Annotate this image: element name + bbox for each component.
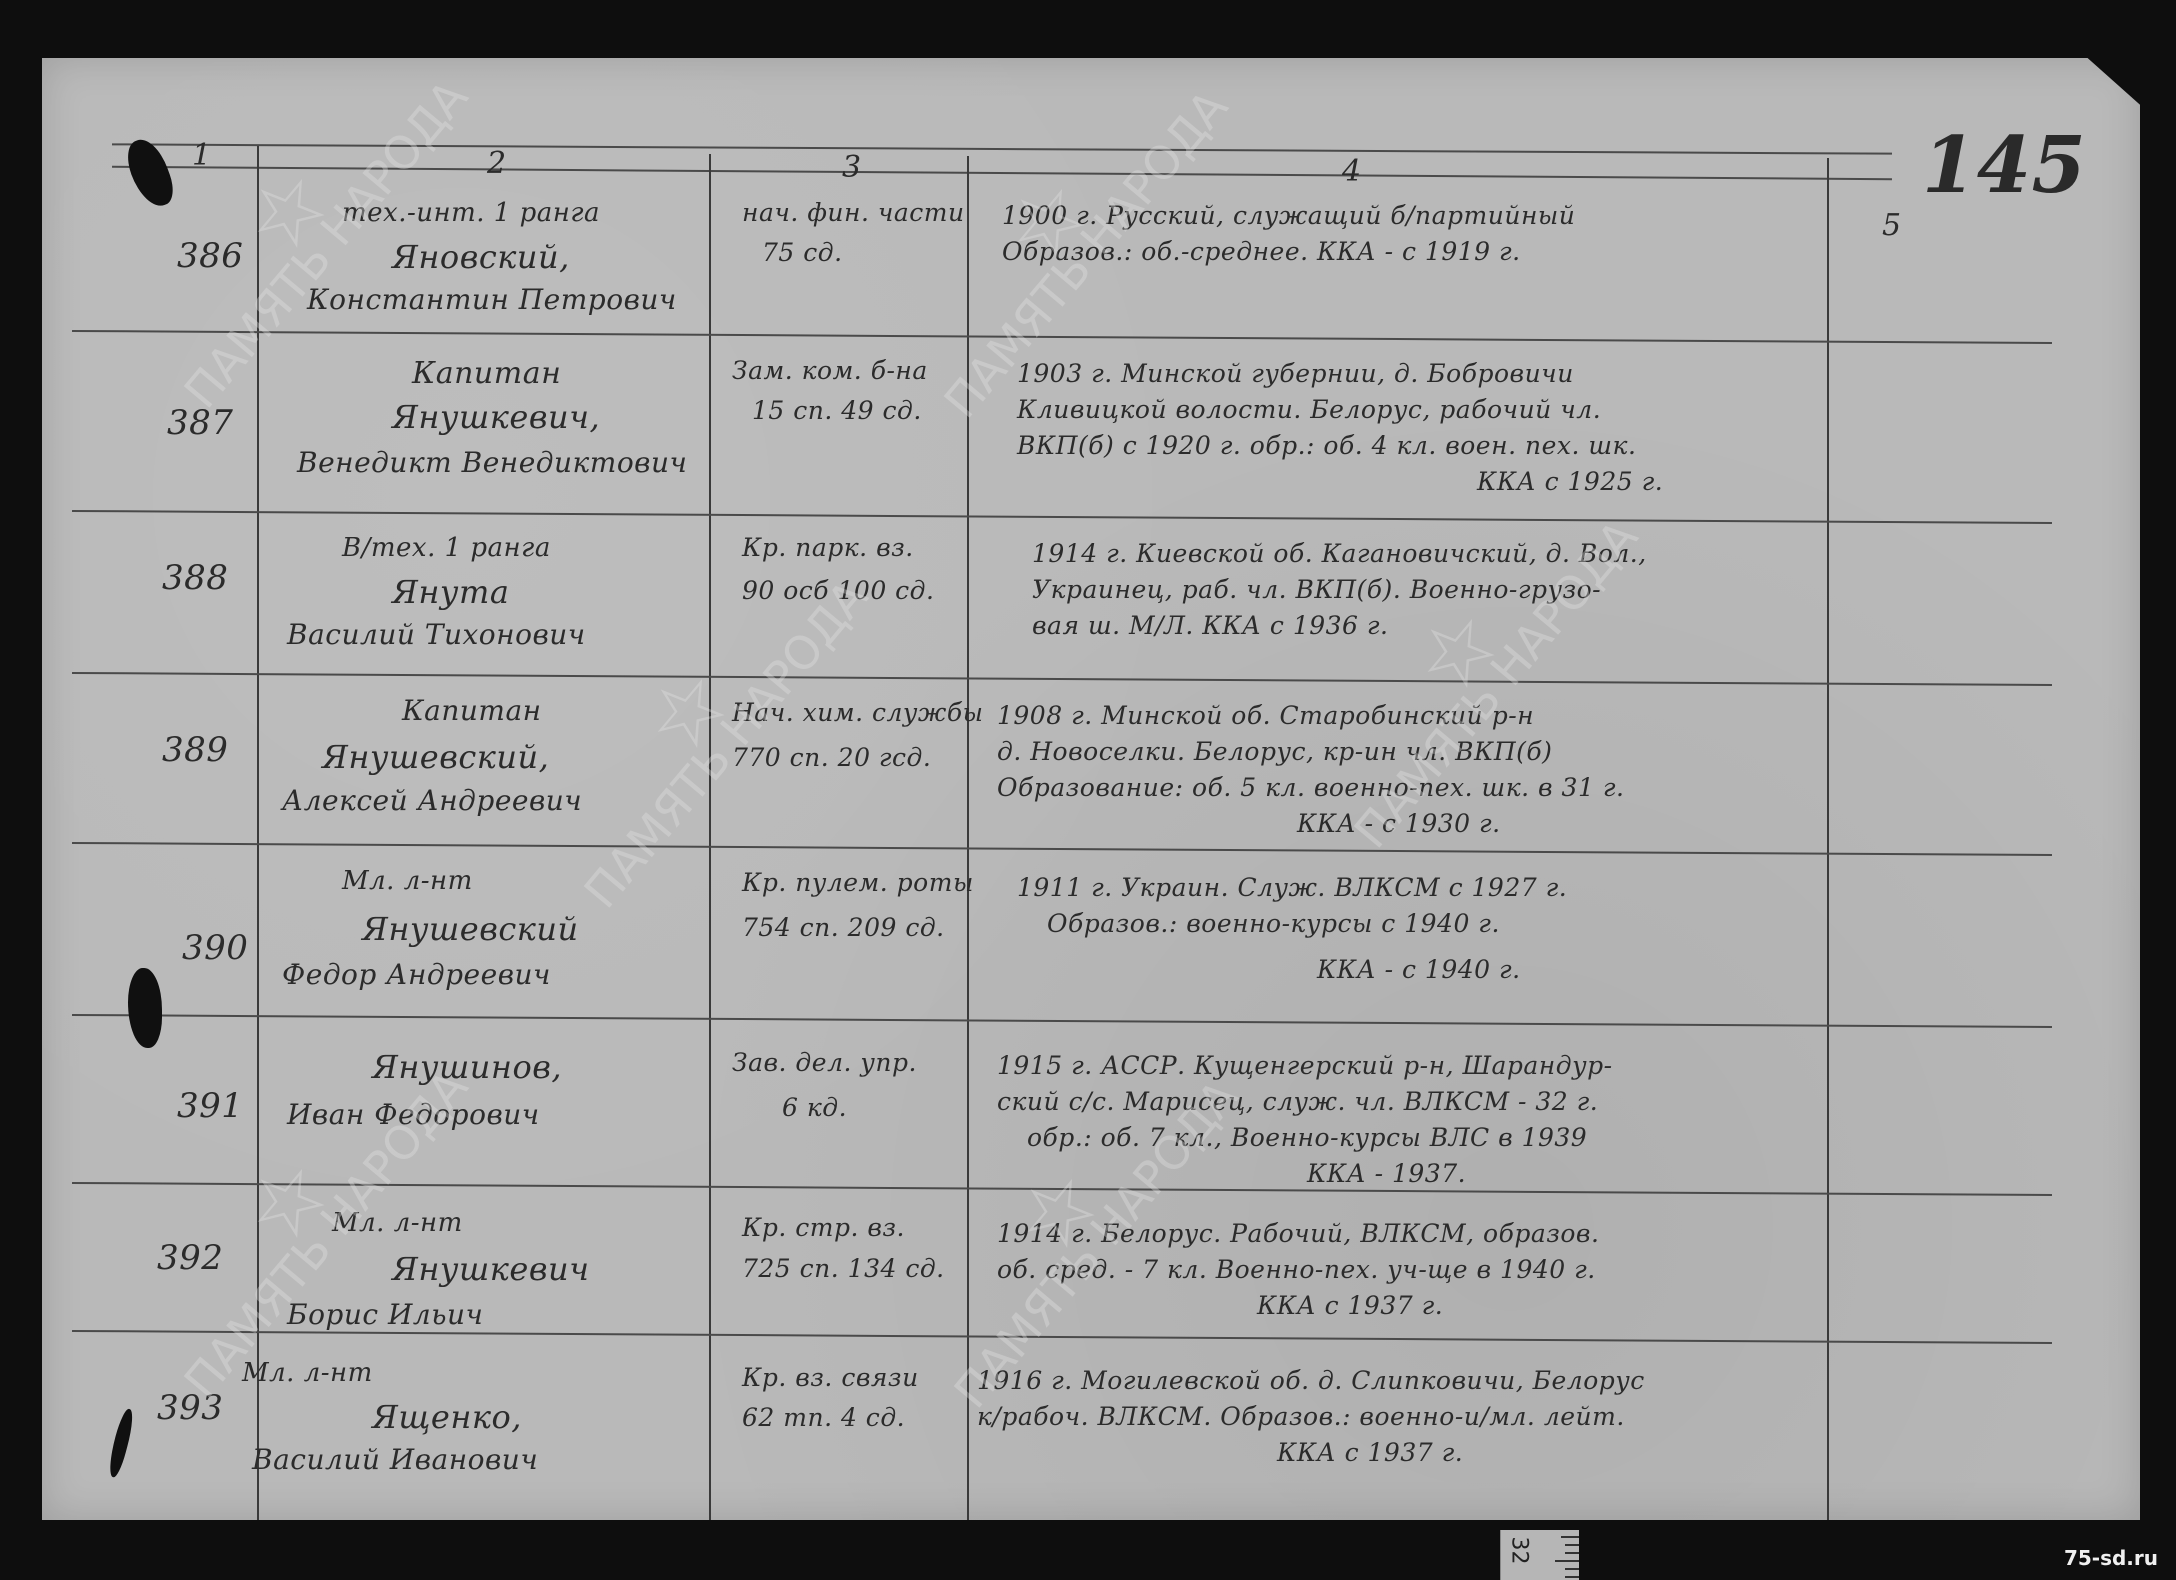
rank: Мл. л-нт <box>242 1358 373 1388</box>
given-names: Алексей Андреевич <box>282 784 582 817</box>
rank: В/тех. 1 ранга <box>342 533 551 563</box>
position-line-1: Кр. стр. вз. <box>742 1213 905 1242</box>
site-watermark: 75-sd.ru <box>2064 1546 2158 1570</box>
surname: Янушинов, <box>372 1048 562 1086</box>
position-line-2: 725 сп. 134 сд. <box>742 1254 945 1283</box>
biography: 1908 г. Минской об. Старобинский р-н д. … <box>997 698 1817 842</box>
surname: Яновский, <box>392 238 570 276</box>
column-divider-1 <box>257 146 259 1526</box>
row-separator <box>72 1014 2052 1028</box>
position-line-2: 770 сп. 20 гсд. <box>732 743 931 772</box>
given-names: Иван Федорович <box>287 1098 540 1131</box>
rank: Мл. л-нт <box>332 1208 463 1238</box>
check-mark <box>105 1407 137 1478</box>
position-line-2: 90 осб 100 сд. <box>742 576 934 605</box>
position-line-1: Нач. хим. службы <box>732 698 983 727</box>
given-names: Василий Тихонович <box>287 618 586 651</box>
position-line-2: 754 сп. 209 сд. <box>742 913 945 942</box>
header-bottom-rule <box>112 166 1892 180</box>
surname: Янушкевич <box>392 1250 589 1288</box>
row-number: 392 <box>157 1238 223 1278</box>
biography: 1916 г. Могилевской об. д. Слипковичи, Б… <box>977 1363 1827 1471</box>
column-divider-4 <box>1827 158 1829 1538</box>
given-names: Борис Ильич <box>287 1298 483 1331</box>
given-names: Константин Петрович <box>307 283 677 316</box>
position-line-1: Кр. пулем. роты <box>742 868 974 897</box>
page-number-prefix: 5 <box>1882 208 1902 243</box>
row-separator <box>72 672 2052 686</box>
position-line-1: Зам. ком. б-на <box>732 356 928 385</box>
biography: 1903 г. Минской губернии, д. Бобровичи К… <box>1017 356 1817 500</box>
header-top-rule <box>112 143 1892 154</box>
position-line-1: Кр. вз. связи <box>742 1363 919 1392</box>
given-names: Василий Иванович <box>252 1443 538 1476</box>
biography: 1914 г. Белорус. Рабочий, ВЛКСМ, образов… <box>997 1216 1817 1324</box>
ink-blot-mark <box>128 968 162 1048</box>
biography: 1900 г. Русский, служащий б/партийный Об… <box>1002 198 1822 270</box>
column-header-2: 2 <box>487 146 507 181</box>
row-separator <box>72 1330 2052 1344</box>
biography: 1915 г. АССР. Кущенгерский р-н, Шарандур… <box>997 1048 1817 1192</box>
row-number: 388 <box>162 558 228 598</box>
surname: Янушкевич, <box>392 398 600 436</box>
given-names: Федор Андреевич <box>282 958 551 991</box>
rank: Мл. л-нт <box>342 866 473 896</box>
rank: Капитан <box>402 694 542 727</box>
column-divider-3 <box>967 156 969 1536</box>
position-line-2: 15 сп. 49 сд. <box>752 396 922 425</box>
column-header-1: 1 <box>192 138 212 173</box>
position-line-1: Кр. парк. вз. <box>742 533 914 562</box>
position-line-1: Зав. дел. упр. <box>732 1048 917 1077</box>
column-header-3: 3 <box>842 150 862 185</box>
surname: Янушевский, <box>322 738 549 776</box>
rank: Капитан <box>412 356 561 391</box>
position-line-1: нач. фин. части <box>742 198 965 227</box>
biography: 1914 г. Киевской об. Кагановичский, д. В… <box>1032 536 1822 644</box>
row-separator <box>72 330 2052 344</box>
row-separator <box>72 842 2052 856</box>
ink-blot-mark <box>121 134 179 212</box>
row-number: 389 <box>162 730 228 770</box>
page-number: 145 <box>1922 120 2086 211</box>
position-line-2: 62 тп. 4 сд. <box>742 1403 905 1432</box>
rank: тех.-инт. 1 ранга <box>342 198 600 228</box>
column-header-4: 4 <box>1342 154 1362 189</box>
position-line-2: 75 сд. <box>762 238 843 267</box>
surname: Янушевский <box>362 910 579 948</box>
row-number: 387 <box>167 403 233 443</box>
scan-ruler: 32 <box>1500 1530 1579 1580</box>
row-number: 390 <box>182 928 248 968</box>
document-sheet: 5 145 1 2 3 4 386 тех.-инт. 1 ранга Янов… <box>42 58 2140 1520</box>
row-number: 391 <box>177 1086 243 1126</box>
biography: 1911 г. Украин. Служ. ВЛКСМ с 1927 г. Об… <box>1017 870 1817 988</box>
row-number: 386 <box>177 236 243 276</box>
row-number: 393 <box>157 1388 223 1428</box>
position-line-2: 6 кд. <box>782 1093 847 1122</box>
row-separator <box>72 510 2052 524</box>
given-names: Венедикт Венедиктович <box>297 446 687 479</box>
surname: Ященко, <box>372 1398 522 1436</box>
surname: Янута <box>392 573 509 611</box>
column-divider-2 <box>709 154 711 1534</box>
